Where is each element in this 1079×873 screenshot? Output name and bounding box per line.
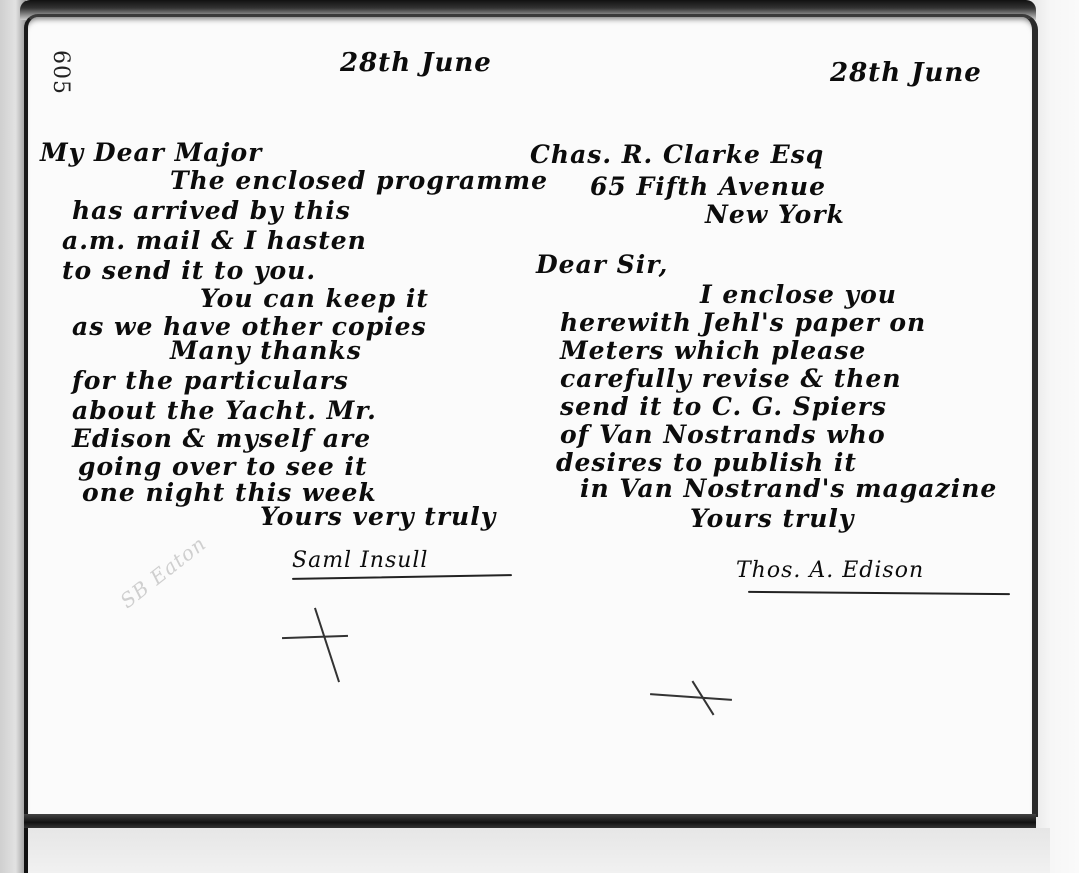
letter-left-line: about the Yacht. Mr.	[72, 396, 377, 425]
letter-right-addressee-street: 65 Fifth Avenue	[590, 172, 826, 201]
letter-right-line: I enclose you	[700, 280, 897, 309]
book-left-edge	[0, 0, 26, 873]
folio-number: 605	[48, 50, 73, 95]
letter-left-line: going over to see it	[78, 452, 368, 481]
letter-left-line: for the particulars	[72, 366, 349, 395]
letter-left-line: The enclosed programme	[170, 166, 548, 195]
letter-right-line: of Van Nostrands who	[560, 420, 886, 449]
letter-right-line: in Van Nostrand's magazine	[580, 474, 997, 503]
letter-left-line: Many thanks	[170, 336, 362, 365]
letter-right-salutation: Dear Sir,	[536, 250, 668, 279]
letter-right-line: Meters which please	[560, 336, 866, 365]
letter-right-addressee-name: Chas. R. Clarke Esq	[530, 140, 824, 169]
letter-right-line: send it to C. G. Spiers	[560, 392, 887, 421]
letter-left-line: to send it to you.	[62, 256, 316, 285]
letter-left-line: a.m. mail & I hasten	[62, 226, 367, 255]
letter-right-addressee-city: New York	[705, 200, 845, 229]
facing-page-edge	[1032, 0, 1079, 873]
letter-right-line: desires to publish it	[556, 448, 857, 477]
letter-left-date: 28th June	[340, 48, 492, 78]
letter-left-salutation: My Dear Major	[40, 138, 262, 167]
letter-right-line: herewith Jehl's paper on	[560, 308, 926, 337]
letter-left-signature: Saml Insull	[292, 548, 428, 573]
letter-left-line: You can keep it	[200, 284, 429, 313]
next-page-edge	[24, 828, 1050, 873]
letter-right-date: 28th June	[830, 58, 982, 88]
letter-right-closing: Yours truly	[690, 504, 854, 533]
letter-left-line: has arrived by this	[72, 196, 351, 225]
page-bottom-shadow	[24, 814, 1036, 828]
letter-right-line: carefully revise & then	[560, 364, 902, 393]
letter-left-closing: Yours very truly	[260, 502, 496, 531]
letter-left-line: Edison & myself are	[72, 424, 371, 453]
letter-right-signature: Thos. A. Edison	[736, 558, 924, 583]
